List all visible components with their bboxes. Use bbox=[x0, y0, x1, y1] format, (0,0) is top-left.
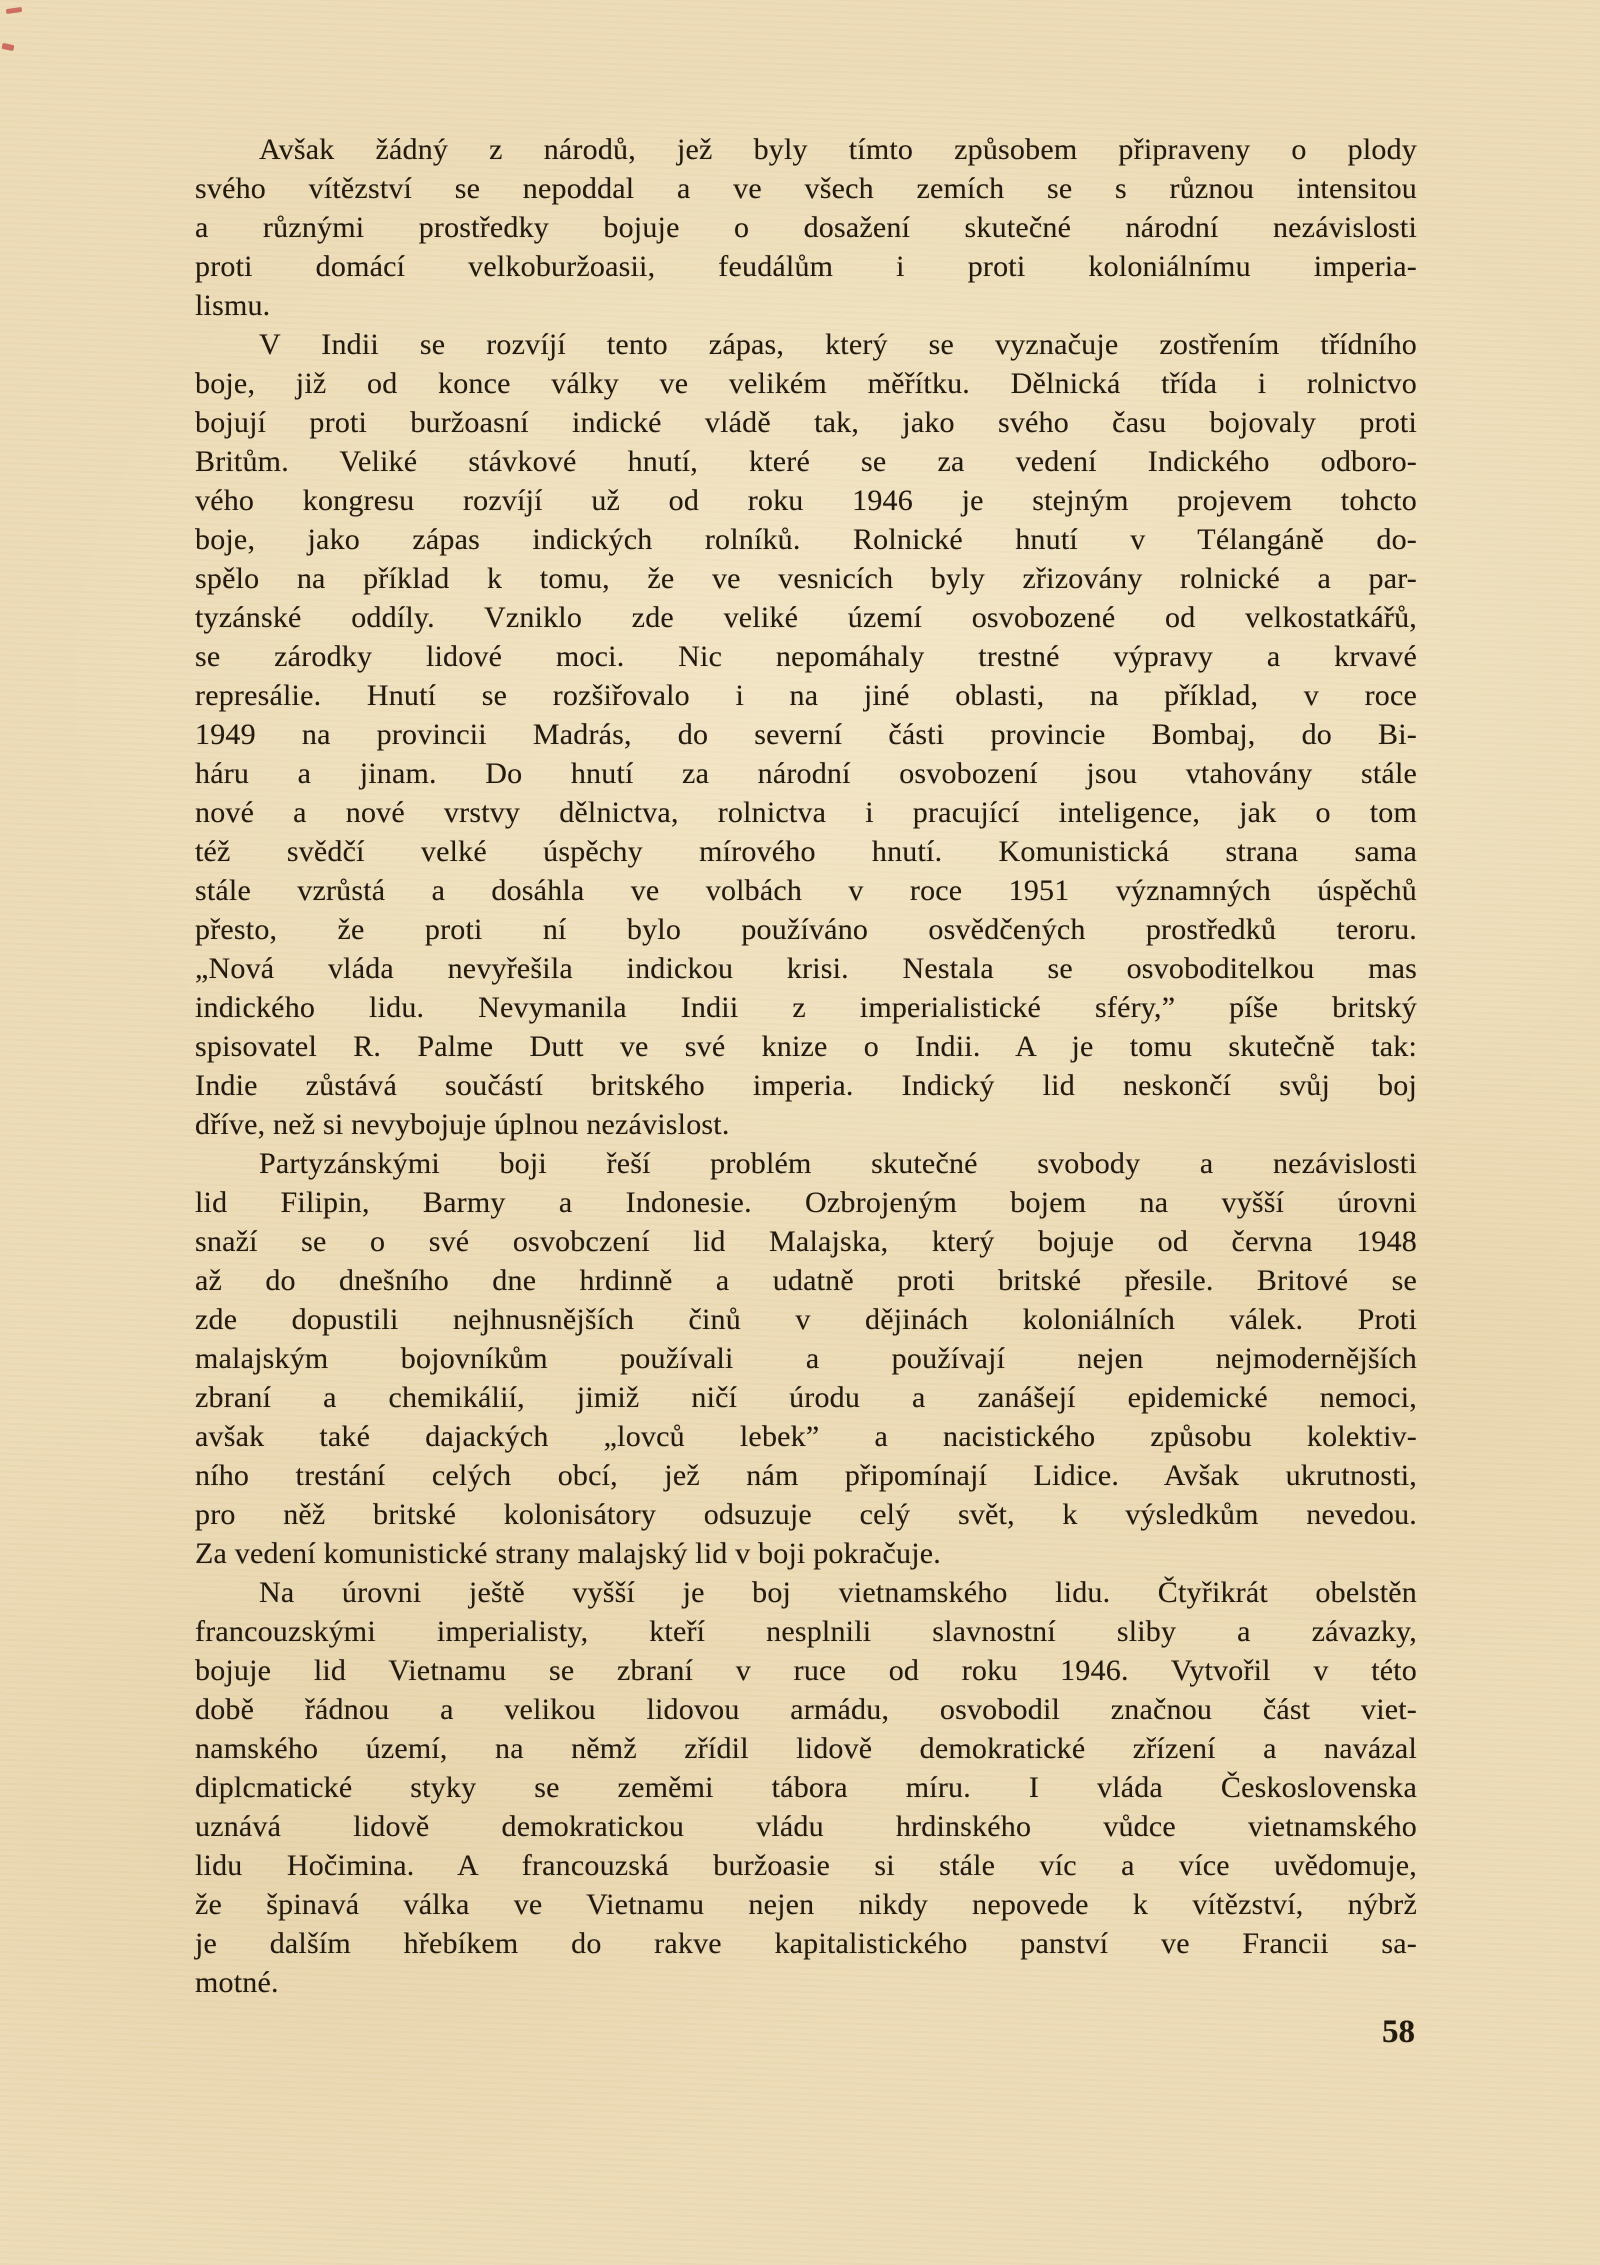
text-line: přesto, že proti ní bylo používáno osvěd… bbox=[195, 910, 1417, 949]
paragraph: V Indii se rozvíjí tento zápas, který se… bbox=[195, 325, 1417, 1144]
text-line: lismu. bbox=[195, 286, 1417, 325]
paragraph: Partyzánskými boji řeší problém skutečné… bbox=[195, 1144, 1417, 1573]
text-line: Partyzánskými boji řeší problém skutečné… bbox=[195, 1144, 1417, 1183]
text-line: proti domácí velkoburžoasii, feudálům i … bbox=[195, 247, 1417, 286]
text-line: dříve, než si nevybojuje úplnou nezávisl… bbox=[195, 1105, 1417, 1144]
text-line: že špinavá válka ve Vietnamu nejen nikdy… bbox=[195, 1885, 1417, 1924]
page-number: 58 bbox=[195, 2014, 1417, 2051]
text-line: 1949 na provincii Madrás, do severní čás… bbox=[195, 715, 1417, 754]
paragraph: Avšak žádný z národů, jež byly tímto způ… bbox=[195, 130, 1417, 325]
text-line: zbraní a chemikálií, jimiž ničí úrodu a … bbox=[195, 1378, 1417, 1417]
text-line: háru a jinam. Do hnutí za národní osvobo… bbox=[195, 754, 1417, 793]
red-ink-mark bbox=[6, 7, 23, 14]
text-line: boje, již od konce války ve velikém měří… bbox=[195, 364, 1417, 403]
text-line: lid Filipin, Barmy a Indonesie. Ozbrojen… bbox=[195, 1183, 1417, 1222]
red-ink-mark bbox=[2, 43, 15, 51]
text-line: motné. bbox=[195, 1963, 1417, 2002]
text-line: diplcmatické styky se zeměmi tábora míru… bbox=[195, 1768, 1417, 1807]
text-line: lidu Hočimina. A francouzská buržoasie s… bbox=[195, 1846, 1417, 1885]
text-line: se zárodky lidové moci. Nic nepomáhaly t… bbox=[195, 637, 1417, 676]
text-line: též svědčí velké úspěchy mírového hnutí.… bbox=[195, 832, 1417, 871]
text-line: Avšak žádný z národů, jež byly tímto způ… bbox=[195, 130, 1417, 169]
text-line: spisovatel R. Palme Dutt ve své knize o … bbox=[195, 1027, 1417, 1066]
text-line: indického lidu. Nevymanila Indii z imper… bbox=[195, 988, 1417, 1027]
text-line: „Nová vláda nevyřešila indickou krisi. N… bbox=[195, 949, 1417, 988]
text-line: uznává lidově demokratickou vládu hrdins… bbox=[195, 1807, 1417, 1846]
text-block: Avšak žádný z národů, jež byly tímto způ… bbox=[195, 130, 1417, 2051]
text-line: ního trestání celých obcí, jež nám připo… bbox=[195, 1456, 1417, 1495]
text-line: represálie. Hnutí se rozšiřovalo i na ji… bbox=[195, 676, 1417, 715]
text-line: malajským bojovníkům používali a používa… bbox=[195, 1339, 1417, 1378]
text-line: době řádnou a velikou lidovou armádu, os… bbox=[195, 1690, 1417, 1729]
text-line: spělo na příklad k tomu, že ve vesnicích… bbox=[195, 559, 1417, 598]
text-line: Na úrovni ještě vyšší je boj vietnamskéh… bbox=[195, 1573, 1417, 1612]
text-line: je dalším hřebíkem do rakve kapitalistic… bbox=[195, 1924, 1417, 1963]
text-line: snaží se o své osvobczení lid Malajska, … bbox=[195, 1222, 1417, 1261]
text-line: tyzánské oddíly. Vzniklo zde veliké územ… bbox=[195, 598, 1417, 637]
text-line: nové a nové vrstvy dělnictva, rolnictva … bbox=[195, 793, 1417, 832]
text-line: stále vzrůstá a dosáhla ve volbách v roc… bbox=[195, 871, 1417, 910]
text-line: francouzskými imperialisty, kteří nespln… bbox=[195, 1612, 1417, 1651]
text-line: a různými prostředky bojuje o dosažení s… bbox=[195, 208, 1417, 247]
text-line: zde dopustili nejhnusnějších činů v ději… bbox=[195, 1300, 1417, 1339]
text-line: V Indii se rozvíjí tento zápas, který se… bbox=[195, 325, 1417, 364]
text-line: Britům. Veliké stávkové hnutí, které se … bbox=[195, 442, 1417, 481]
text-line: až do dnešního dne hrdinně a udatně prot… bbox=[195, 1261, 1417, 1300]
text-line: Indie zůstává součástí britského imperia… bbox=[195, 1066, 1417, 1105]
text-line: pro něž britské kolonisátory odsuzuje ce… bbox=[195, 1495, 1417, 1534]
paragraph: Na úrovni ještě vyšší je boj vietnamskéh… bbox=[195, 1573, 1417, 2002]
scanned-page: Avšak žádný z národů, jež byly tímto způ… bbox=[0, 0, 1600, 2265]
text-line: bojují proti buržoasní indické vládě tak… bbox=[195, 403, 1417, 442]
body-text: Avšak žádný z národů, jež byly tímto způ… bbox=[195, 130, 1417, 2002]
text-line: avšak také dajackých „lovců lebek” a nac… bbox=[195, 1417, 1417, 1456]
text-line: svého vítězství se nepoddal a ve všech z… bbox=[195, 169, 1417, 208]
text-line: Za vedení komunistické strany malajský l… bbox=[195, 1534, 1417, 1573]
text-line: boje, jako zápas indických rolníků. Roln… bbox=[195, 520, 1417, 559]
text-line: vého kongresu rozvíjí už od roku 1946 je… bbox=[195, 481, 1417, 520]
text-line: bojuje lid Vietnamu se zbraní v ruce od … bbox=[195, 1651, 1417, 1690]
text-line: namského území, na němž zřídil lidově de… bbox=[195, 1729, 1417, 1768]
